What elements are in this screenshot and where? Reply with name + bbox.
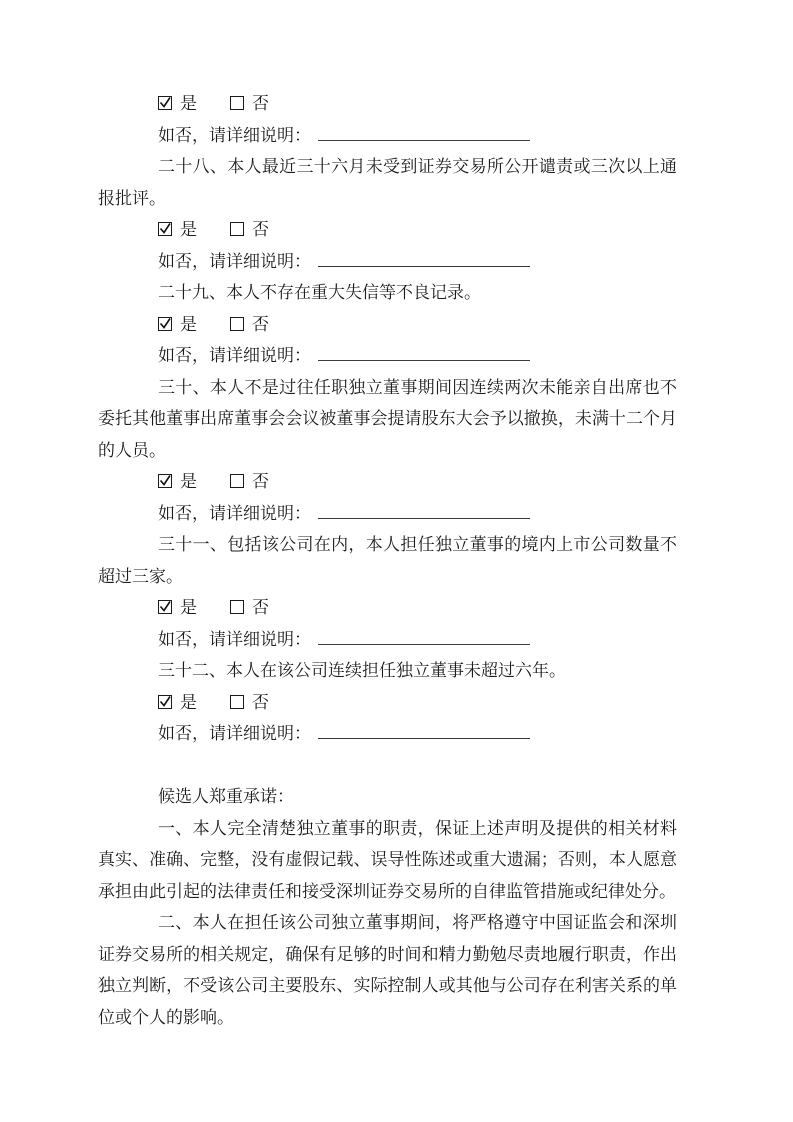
no-label: 否 [252,220,269,239]
detail-row: 如否，请详细说明： [98,718,677,750]
no-label: 否 [252,472,269,491]
check-icon [158,599,172,613]
question-block-28: 二十八、本人最近三十六月未受到证券交易所公开谴责或三次以上通报批评。 是否 如否… [98,151,677,277]
detail-row: 如否，请详细说明： [98,120,677,152]
yes-checkbox [158,474,172,488]
question-block-29: 二十九、本人不存在重大失信等不良记录。 是否 如否，请详细说明： [98,277,677,372]
yes-label: 是 [180,598,197,617]
detail-prompt: 如否，请详细说明： [158,630,311,649]
question-block-27-tail: 是否 如否，请详细说明： [98,88,677,151]
no-checkbox [230,600,244,614]
statement-paragraph: 二十九、本人不存在重大失信等不良记录。 [98,277,677,309]
question-block-30: 三十、本人不是过往任职独立董事期间因连续两次未能亲自出席也不委托其他董事出席董事… [98,372,677,530]
question-block-32: 三十二、本人在该公司连续担任独立董事未超过六年。 是否 如否，请详细说明： [98,655,677,750]
no-checkbox [230,474,244,488]
no-checkbox [230,96,244,110]
no-label: 否 [252,693,269,712]
no-checkbox [230,317,244,331]
yes-checkbox [158,96,172,110]
no-checkbox [230,695,244,709]
yes-no-row: 是否 [98,309,677,341]
detail-prompt: 如否，请详细说明： [158,724,311,743]
yes-checkbox [158,600,172,614]
yes-label: 是 [180,693,197,712]
yes-label: 是 [180,472,197,491]
check-icon [158,95,172,109]
detail-row: 如否，请详细说明： [98,246,677,278]
no-label: 否 [252,598,269,617]
yes-checkbox [158,317,172,331]
yes-no-row: 是否 [98,687,677,719]
yes-checkbox [158,695,172,709]
yes-no-row: 是否 [98,466,677,498]
check-icon [158,221,172,235]
detail-prompt: 如否，请详细说明： [158,252,311,271]
yes-no-row: 是否 [98,88,677,120]
yes-label: 是 [180,220,197,239]
document-page: 是否 如否，请详细说明： 二十八、本人最近三十六月未受到证券交易所公开谴责或三次… [0,0,793,1122]
detail-prompt: 如否，请详细说明： [158,346,311,365]
statement-paragraph: 三十、本人不是过往任职独立董事期间因连续两次未能亲自出席也不委托其他董事出席董事… [98,372,677,467]
statement-paragraph: 三十二、本人在该公司连续担任独立董事未超过六年。 [98,655,677,687]
detail-prompt: 如否，请详细说明： [158,504,311,523]
commitment-section: 候选人郑重承诺： 一、本人完全清楚独立董事的职责，保证上述声明及提供的相关材料真… [98,781,677,1033]
no-label: 否 [252,94,269,113]
yes-label: 是 [180,94,197,113]
detail-prompt: 如否，请详细说明： [158,126,311,145]
commitment-paragraph-1: 一、本人完全清楚独立董事的职责，保证上述声明及提供的相关材料真实、准确、完整，没… [98,813,677,908]
yes-label: 是 [180,315,197,334]
check-icon [158,316,172,330]
no-checkbox [230,222,244,236]
blank-underline [318,721,530,739]
check-icon [158,694,172,708]
detail-row: 如否，请详细说明： [98,340,677,372]
blank-line [98,750,677,782]
blank-underline [318,123,530,141]
blank-underline [318,343,530,361]
blank-underline [318,249,530,267]
blank-underline [318,501,530,519]
yes-no-row: 是否 [98,214,677,246]
yes-no-row: 是否 [98,592,677,624]
detail-row: 如否，请详细说明： [98,498,677,530]
commitment-heading: 候选人郑重承诺： [98,781,677,813]
statement-paragraph: 二十八、本人最近三十六月未受到证券交易所公开谴责或三次以上通报批评。 [98,151,677,214]
check-icon [158,473,172,487]
statement-paragraph: 三十一、包括该公司在内，本人担任独立董事的境内上市公司数量不超过三家。 [98,529,677,592]
commitment-paragraph-2: 二、本人在担任该公司独立董事期间，将严格遵守中国证监会和深圳证券交易所的相关规定… [98,907,677,1033]
yes-checkbox [158,222,172,236]
question-block-31: 三十一、包括该公司在内，本人担任独立董事的境内上市公司数量不超过三家。 是否 如… [98,529,677,655]
no-label: 否 [252,315,269,334]
detail-row: 如否，请详细说明： [98,624,677,656]
blank-underline [318,627,530,645]
